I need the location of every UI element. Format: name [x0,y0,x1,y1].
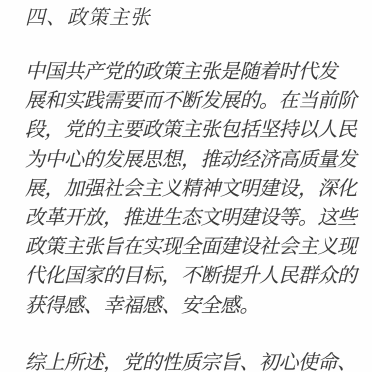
paragraph-line: 为中心的发展思想，推动经济高质量发 [25,145,357,174]
paragraph-line: 政策主张旨在实现全面建设社会主义现 [25,232,357,261]
paragraph-line: 中国共产党的政策主张是随着时代发 [25,57,357,86]
paragraph-line: 展，加强社会主义精神文明建设，深化 [25,174,357,203]
paragraph-line: 代化国家的目标，不断提升人民群众的 [25,261,357,290]
paragraph-line: 改革开放，推进生态文明建设等。这些 [25,203,357,232]
paragraph-line: 段，党的主要政策主张包括坚持以人民 [25,115,357,144]
section-heading: 四、政策主张 [25,3,151,32]
paragraph-policy-positions: 中国共产党的政策主张是随着时代发 展和实践需要而不断发展的。在当前阶 段，党的主… [25,57,357,320]
paragraph-line: 展和实践需要而不断发展的。在当前阶 [25,86,357,115]
document-page: 四、政策主张 中国共产党的政策主张是随着时代发 展和实践需要而不断发展的。在当前… [0,0,372,372]
paragraph-conclusion: 综上所述，党的性质宗旨、初心使命、 [25,348,357,372]
paragraph-line: 综上所述，党的性质宗旨、初心使命、 [25,348,357,372]
paragraph-line: 获得感、幸福感、安全感。 [25,291,357,320]
